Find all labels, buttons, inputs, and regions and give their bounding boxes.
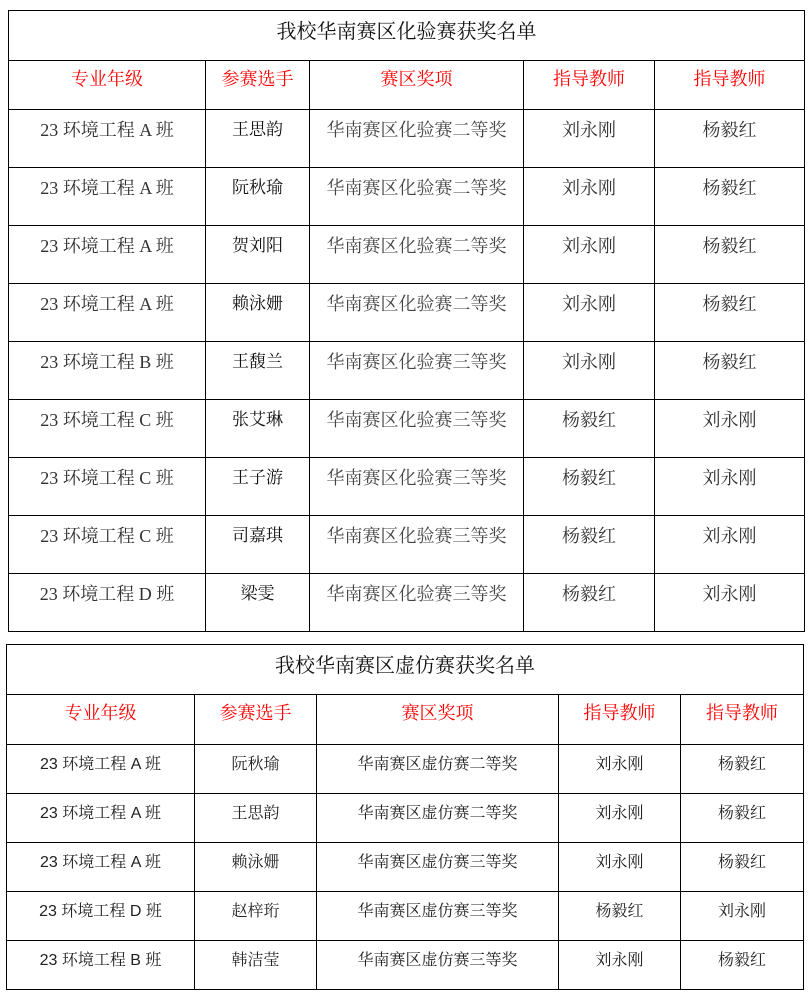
cell-participant: 王子游 [206, 458, 310, 516]
cell-participant: 王思韵 [206, 110, 310, 168]
table-row: 23 环境工程 A 班赖泳姗华南赛区化验赛二等奖刘永刚杨毅红 [9, 284, 805, 342]
cell-advisor-1: 刘永刚 [524, 342, 655, 400]
cell-participant: 梁雯 [206, 574, 310, 632]
table-row: 23 环境工程 A 班赖泳姗华南赛区虚仿赛三等奖刘永刚杨毅红 [7, 843, 804, 892]
table-row: 23 环境工程 A 班阮秋瑜华南赛区化验赛二等奖刘永刚杨毅红 [9, 168, 805, 226]
cell-participant: 司嘉琪 [206, 516, 310, 574]
cell-advisor-2: 刘永刚 [655, 400, 805, 458]
cell-award: 华南赛区化验赛三等奖 [310, 400, 524, 458]
header-advisor-2: 指导教师 [655, 61, 805, 110]
cell-advisor-2: 杨毅红 [655, 110, 805, 168]
header-advisor-2: 指导教师 [681, 695, 804, 745]
table-row: 23 环境工程 C 班王子游华南赛区化验赛三等奖杨毅红刘永刚 [9, 458, 805, 516]
cell-award: 华南赛区化验赛三等奖 [310, 516, 524, 574]
table-title-row: 我校华南赛区化验赛获奖名单 [9, 11, 805, 61]
header-advisor-1: 指导教师 [524, 61, 655, 110]
cell-advisor-1: 杨毅红 [524, 574, 655, 632]
cell-advisor-2: 杨毅红 [681, 843, 804, 892]
cell-advisor-2: 杨毅红 [655, 342, 805, 400]
cell-major-grade: 23 环境工程 C 班 [9, 400, 206, 458]
cell-award: 华南赛区化验赛三等奖 [310, 342, 524, 400]
cell-award: 华南赛区虚仿赛三等奖 [317, 843, 559, 892]
table-title: 我校华南赛区虚仿赛获奖名单 [7, 645, 804, 695]
cell-advisor-2: 杨毅红 [681, 941, 804, 990]
cell-award: 华南赛区虚仿赛三等奖 [317, 892, 559, 941]
cell-award: 华南赛区虚仿赛二等奖 [317, 794, 559, 843]
cell-participant: 赵梓珩 [195, 892, 317, 941]
cell-advisor-1: 刘永刚 [559, 794, 681, 843]
cell-advisor-2: 刘永刚 [655, 516, 805, 574]
cell-advisor-1: 杨毅红 [559, 892, 681, 941]
cell-advisor-1: 刘永刚 [524, 226, 655, 284]
table-title-row: 我校华南赛区虚仿赛获奖名单 [7, 645, 804, 695]
cell-major-grade: 23 环境工程 A 班 [7, 745, 195, 794]
table-row: 23 环境工程 A 班王思韵华南赛区化验赛二等奖刘永刚杨毅红 [9, 110, 805, 168]
cell-advisor-1: 刘永刚 [559, 745, 681, 794]
cell-award: 华南赛区虚仿赛二等奖 [317, 745, 559, 794]
cell-advisor-2: 杨毅红 [655, 168, 805, 226]
cell-participant: 韩洁莹 [195, 941, 317, 990]
table-header-row: 专业年级 参赛选手 赛区奖项 指导教师 指导教师 [7, 695, 804, 745]
cell-participant: 阮秋瑜 [206, 168, 310, 226]
cell-major-grade: 23 环境工程 A 班 [7, 843, 195, 892]
header-major-grade: 专业年级 [7, 695, 195, 745]
table-row: 23 环境工程 A 班贺刘阳华南赛区化验赛二等奖刘永刚杨毅红 [9, 226, 805, 284]
table-row: 23 环境工程 A 班阮秋瑜华南赛区虚仿赛二等奖刘永刚杨毅红 [7, 745, 804, 794]
cell-advisor-2: 刘永刚 [681, 892, 804, 941]
table-row: 23 环境工程 B 班王馥兰华南赛区化验赛三等奖刘永刚杨毅红 [9, 342, 805, 400]
cell-advisor-2: 杨毅红 [655, 226, 805, 284]
cell-major-grade: 23 环境工程 D 班 [9, 574, 206, 632]
header-participant: 参赛选手 [195, 695, 317, 745]
cell-advisor-1: 刘永刚 [524, 168, 655, 226]
cell-advisor-1: 刘永刚 [524, 110, 655, 168]
cell-major-grade: 23 环境工程 C 班 [9, 458, 206, 516]
cell-participant: 赖泳姗 [195, 843, 317, 892]
cell-advisor-2: 杨毅红 [681, 794, 804, 843]
cell-award: 华南赛区化验赛二等奖 [310, 284, 524, 342]
cell-participant: 张艾琳 [206, 400, 310, 458]
cell-participant: 赖泳姗 [206, 284, 310, 342]
cell-major-grade: 23 环境工程 A 班 [9, 284, 206, 342]
cell-advisor-2: 刘永刚 [655, 574, 805, 632]
table-row: 23 环境工程 C 班司嘉琪华南赛区化验赛三等奖杨毅红刘永刚 [9, 516, 805, 574]
cell-award: 华南赛区化验赛三等奖 [310, 574, 524, 632]
cell-major-grade: 23 环境工程 D 班 [7, 892, 195, 941]
cell-advisor-2: 杨毅红 [655, 284, 805, 342]
cell-award: 华南赛区虚仿赛三等奖 [317, 941, 559, 990]
cell-major-grade: 23 环境工程 C 班 [9, 516, 206, 574]
cell-major-grade: 23 环境工程 A 班 [9, 168, 206, 226]
table-row: 23 环境工程 D 班梁雯华南赛区化验赛三等奖杨毅红刘永刚 [9, 574, 805, 632]
cell-award: 华南赛区化验赛三等奖 [310, 458, 524, 516]
cell-participant: 贺刘阳 [206, 226, 310, 284]
header-award: 赛区奖项 [310, 61, 524, 110]
header-participant: 参赛选手 [206, 61, 310, 110]
virtual-sim-award-table: 我校华南赛区虚仿赛获奖名单 专业年级 参赛选手 赛区奖项 指导教师 指导教师 2… [6, 644, 804, 990]
cell-advisor-2: 杨毅红 [681, 745, 804, 794]
table-row: 23 环境工程 A 班王思韵华南赛区虚仿赛二等奖刘永刚杨毅红 [7, 794, 804, 843]
cell-award: 华南赛区化验赛二等奖 [310, 110, 524, 168]
cell-award: 华南赛区化验赛二等奖 [310, 168, 524, 226]
cell-advisor-1: 杨毅红 [524, 400, 655, 458]
cell-participant: 王思韵 [195, 794, 317, 843]
lab-competition-award-table: 我校华南赛区化验赛获奖名单 专业年级 参赛选手 赛区奖项 指导教师 指导教师 2… [8, 10, 805, 632]
cell-advisor-1: 刘永刚 [559, 941, 681, 990]
table-row: 23 环境工程 B 班韩洁莹华南赛区虚仿赛三等奖刘永刚杨毅红 [7, 941, 804, 990]
header-award: 赛区奖项 [317, 695, 559, 745]
table-row: 23 环境工程 D 班赵梓珩华南赛区虚仿赛三等奖杨毅红刘永刚 [7, 892, 804, 941]
cell-award: 华南赛区化验赛二等奖 [310, 226, 524, 284]
cell-major-grade: 23 环境工程 A 班 [7, 794, 195, 843]
table-row: 23 环境工程 C 班张艾琳华南赛区化验赛三等奖杨毅红刘永刚 [9, 400, 805, 458]
cell-advisor-1: 杨毅红 [524, 458, 655, 516]
cell-participant: 阮秋瑜 [195, 745, 317, 794]
table-title: 我校华南赛区化验赛获奖名单 [9, 11, 805, 61]
cell-advisor-1: 刘永刚 [524, 284, 655, 342]
cell-major-grade: 23 环境工程 A 班 [9, 110, 206, 168]
cell-advisor-1: 刘永刚 [559, 843, 681, 892]
cell-major-grade: 23 环境工程 A 班 [9, 226, 206, 284]
cell-participant: 王馥兰 [206, 342, 310, 400]
cell-major-grade: 23 环境工程 B 班 [9, 342, 206, 400]
cell-major-grade: 23 环境工程 B 班 [7, 941, 195, 990]
header-major-grade: 专业年级 [9, 61, 206, 110]
cell-advisor-1: 杨毅红 [524, 516, 655, 574]
table-header-row: 专业年级 参赛选手 赛区奖项 指导教师 指导教师 [9, 61, 805, 110]
cell-advisor-2: 刘永刚 [655, 458, 805, 516]
header-advisor-1: 指导教师 [559, 695, 681, 745]
